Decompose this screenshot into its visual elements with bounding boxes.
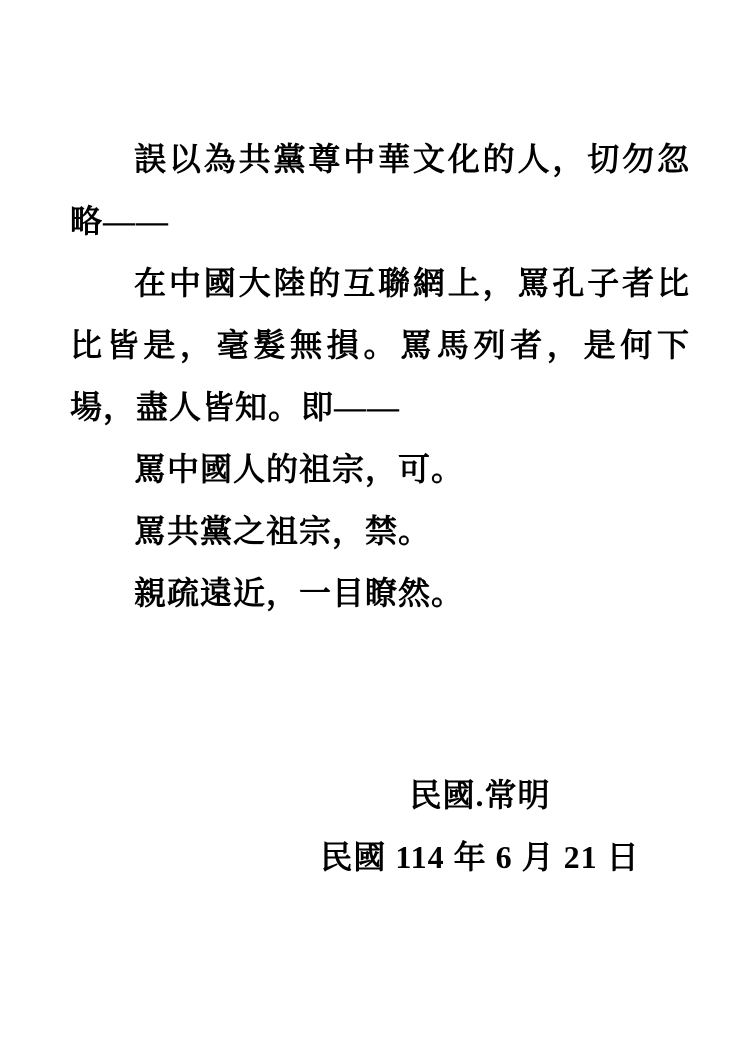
paragraph-4: 罵共黨之祖宗，禁。 <box>70 500 690 562</box>
signature-date: 民國 114 年 6 月 21 日 <box>270 826 690 888</box>
document-body: 誤以為共黨尊中華文化的人，切勿忽略—— 在中國大陸的互聯網上，罵孔子者比比皆是，… <box>70 128 690 888</box>
signature-author: 民國.常明 <box>270 764 690 826</box>
document-page: 誤以為共黨尊中華文化的人，切勿忽略—— 在中國大陸的互聯網上，罵孔子者比比皆是，… <box>0 0 740 1047</box>
signature-block: 民國.常明 民國 114 年 6 月 21 日 <box>270 764 690 888</box>
paragraph-2: 在中國大陸的互聯網上，罵孔子者比比皆是，毫髮無損。罵馬列者，是何下場，盡人皆知。… <box>70 252 690 438</box>
paragraph-5: 親疏遠近，一目瞭然。 <box>70 562 690 624</box>
vertical-spacer <box>70 624 690 764</box>
paragraph-1: 誤以為共黨尊中華文化的人，切勿忽略—— <box>70 128 690 252</box>
paragraph-3: 罵中國人的祖宗，可。 <box>70 438 690 500</box>
